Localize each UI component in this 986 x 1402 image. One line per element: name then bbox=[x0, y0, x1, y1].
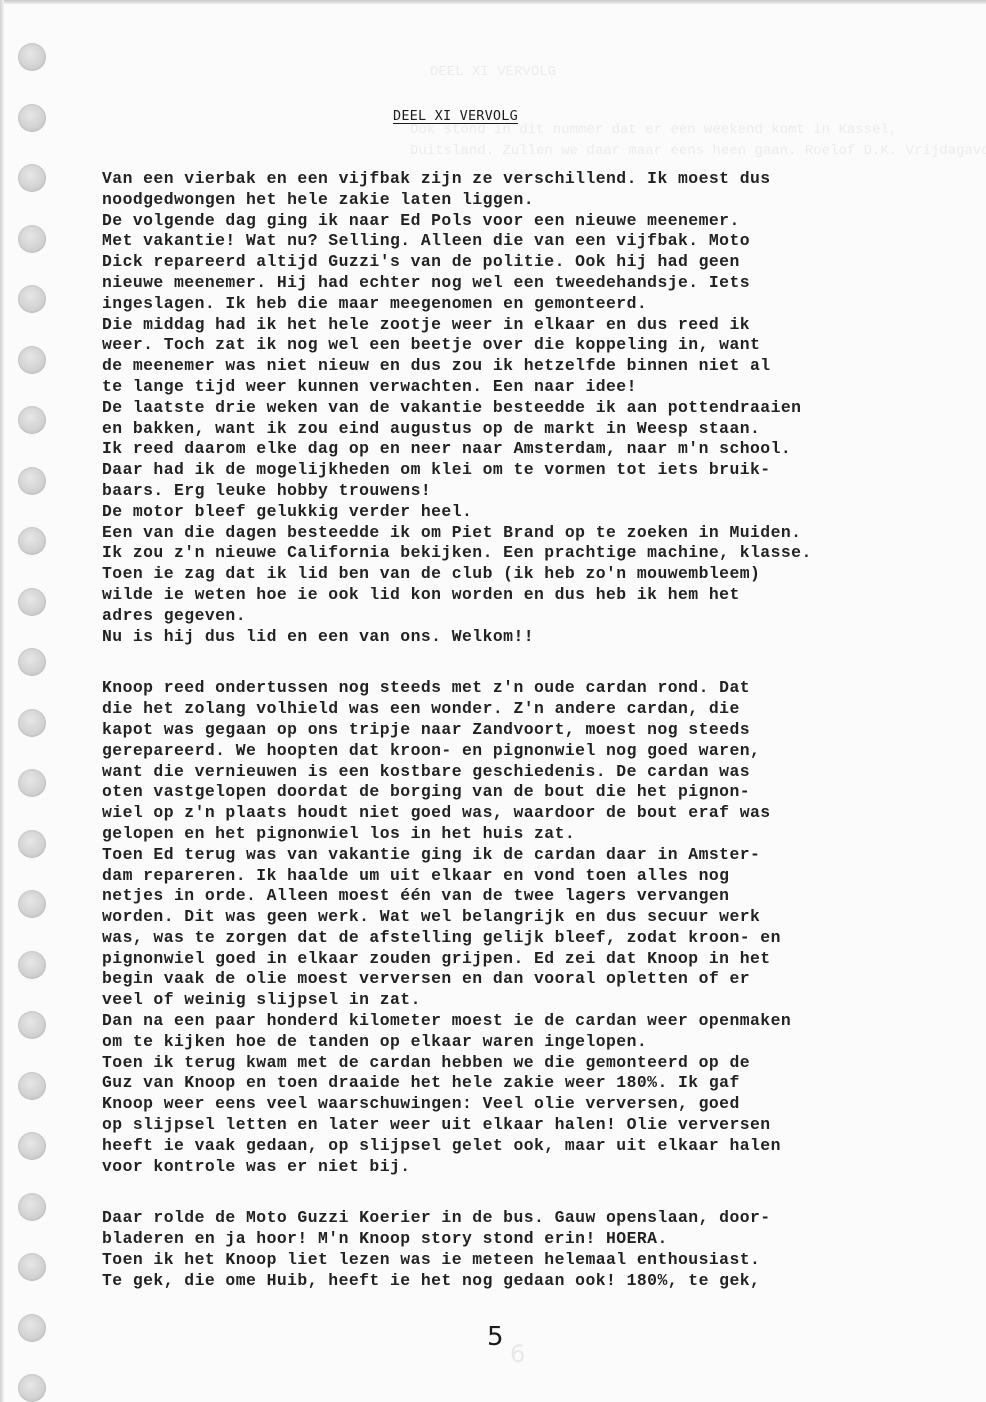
bleed-through-line: Ook stond in dit nummer dat er een weeke… bbox=[410, 122, 897, 138]
paragraph: Van een vierbak en een vijfbak zijn ze v… bbox=[102, 169, 982, 647]
text-line: wiel op z'n plaats houdt niet goed was, … bbox=[102, 803, 982, 824]
text-line: Een van die dagen besteedde ik om Piet B… bbox=[102, 523, 982, 544]
binder-hole bbox=[18, 104, 46, 132]
text-line: Te gek, die ome Huib, heeft ie het nog g… bbox=[102, 1271, 982, 1292]
text-line: weer. Toch zat ik nog wel een beetje ove… bbox=[102, 335, 982, 356]
text-line: te lange tijd weer kunnen verwachten. Ee… bbox=[102, 377, 982, 398]
text-line: oten vastgelopen doordat de borging van … bbox=[102, 782, 982, 803]
binder-hole bbox=[18, 648, 46, 676]
text-line: voor kontrole was er niet bij. bbox=[102, 1157, 982, 1178]
text-line: want die vernieuwen is een kostbare gesc… bbox=[102, 762, 982, 783]
binder-hole bbox=[18, 43, 46, 71]
text-line: worden. Dit was geen werk. Wat wel belan… bbox=[102, 907, 982, 928]
text-line: pignonwiel goed in elkaar zouden grijpen… bbox=[102, 949, 982, 970]
text-line: Toen Ed terug was van vakantie ging ik d… bbox=[102, 845, 982, 866]
page-title: DEEL XI VERVOLG bbox=[393, 108, 518, 124]
binder-hole bbox=[18, 1193, 46, 1221]
paragraph-gap bbox=[102, 1177, 982, 1208]
text-line: Ik zou z'n nieuwe California bekijken. E… bbox=[102, 543, 982, 564]
text-line: veel of weinig slijpsel in zat. bbox=[102, 990, 982, 1011]
text-line: De motor bleef gelukkig verder heel. bbox=[102, 502, 982, 523]
text-line: Toen ie zag dat ik lid ben van de club (… bbox=[102, 564, 982, 585]
text-line: Daar had ik de mogelijkheden om klei om … bbox=[102, 460, 982, 481]
text-line: op slijpsel letten en later weer uit elk… bbox=[102, 1115, 982, 1136]
text-line: noodgedwongen het hele zakie laten ligge… bbox=[102, 190, 982, 211]
binder-hole bbox=[18, 1132, 46, 1160]
text-line: De volgende dag ging ik naar Ed Pols voo… bbox=[102, 211, 982, 232]
binder-hole bbox=[18, 467, 46, 495]
binder-hole bbox=[18, 890, 46, 918]
text-line: was, was te zorgen dat de afstelling gel… bbox=[102, 928, 982, 949]
text-line: Guz van Knoop en toen draaide het hele z… bbox=[102, 1073, 982, 1094]
text-line: Dick repareerd altijd Guzzi's van de pol… bbox=[102, 252, 982, 273]
text-line: ingeslagen. Ik heb die maar meegenomen e… bbox=[102, 294, 982, 315]
scan-left-edge bbox=[0, 0, 4, 1402]
text-line: die het zolang volhield was een wonder. … bbox=[102, 699, 982, 720]
binder-hole bbox=[18, 588, 46, 616]
text-line: Daar rolde de Moto Guzzi Koerier in de b… bbox=[102, 1208, 982, 1229]
text-line: gelopen en het pignonwiel los in het hui… bbox=[102, 824, 982, 845]
document-body: Van een vierbak en een vijfbak zijn ze v… bbox=[102, 169, 982, 1292]
paragraph: Daar rolde de Moto Guzzi Koerier in de b… bbox=[102, 1208, 982, 1291]
binder-hole bbox=[18, 406, 46, 434]
binder-hole bbox=[18, 1072, 46, 1100]
text-line: Met vakantie! Wat nu? Selling. Alleen di… bbox=[102, 231, 982, 252]
binder-hole bbox=[18, 527, 46, 555]
text-line: adres gegeven. bbox=[102, 606, 982, 627]
text-line: Toen ik terug kwam met de cardan hebben … bbox=[102, 1053, 982, 1074]
scan-top-edge bbox=[0, 0, 986, 4]
binder-hole bbox=[18, 1011, 46, 1039]
text-line: baars. Erg leuke hobby trouwens! bbox=[102, 481, 982, 502]
paragraph: Knoop reed ondertussen nog steeds met z'… bbox=[102, 678, 982, 1177]
binder-hole bbox=[18, 285, 46, 313]
text-line: netjes in orde. Alleen moest één van de … bbox=[102, 886, 982, 907]
binder-hole bbox=[18, 164, 46, 192]
text-line: kapot was gegaan op ons tripje naar Zand… bbox=[102, 720, 982, 741]
text-line: Toen ik het Knoop liet lezen was ie mete… bbox=[102, 1250, 982, 1271]
binder-hole bbox=[18, 951, 46, 979]
binder-hole bbox=[18, 346, 46, 374]
text-line: Knoop weer eens veel waarschuwingen: Vee… bbox=[102, 1094, 982, 1115]
text-line: wilde ie weten hoe ie ook lid kon worden… bbox=[102, 585, 982, 606]
bleed-through-title: DEEL XI VERVOLG bbox=[430, 64, 556, 80]
binder-hole bbox=[18, 830, 46, 858]
binder-hole bbox=[18, 709, 46, 737]
text-line: Ik reed daarom elke dag op en neer naar … bbox=[102, 439, 982, 460]
binder-hole bbox=[18, 1374, 46, 1402]
text-line: gerepareerd. We hoopten dat kroon- en pi… bbox=[102, 741, 982, 762]
text-line: Knoop reed ondertussen nog steeds met z'… bbox=[102, 678, 982, 699]
text-line: begin vaak de olie moest verversen en da… bbox=[102, 969, 982, 990]
text-line: De laatste drie weken van de vakantie be… bbox=[102, 398, 982, 419]
binder-hole bbox=[18, 769, 46, 797]
binder-hole bbox=[18, 1253, 46, 1281]
text-line: heeft ie vaak gedaan, op slijpsel gelet … bbox=[102, 1136, 982, 1157]
text-line: de meenemer was niet nieuw en dus zou ik… bbox=[102, 356, 982, 377]
paragraph-gap bbox=[102, 647, 982, 678]
bleed-through-line: Duitsland. Zullen we daar maar eens heen… bbox=[410, 143, 986, 159]
binder-holes bbox=[18, 0, 48, 1402]
text-line: Nu is hij dus lid en een van ons. Welkom… bbox=[102, 627, 982, 648]
page-number: 5 bbox=[487, 1322, 504, 1352]
binder-hole bbox=[18, 1314, 46, 1342]
text-line: Van een vierbak en een vijfbak zijn ze v… bbox=[102, 169, 982, 190]
binder-hole bbox=[18, 225, 46, 253]
text-line: en bakken, want ik zou eind augustus op … bbox=[102, 419, 982, 440]
text-line: bladeren en ja hoor! M'n Knoop story sto… bbox=[102, 1229, 982, 1250]
bleed-through-page-number: 6 bbox=[510, 1340, 525, 1368]
text-line: Die middag had ik het hele zootje weer i… bbox=[102, 315, 982, 336]
text-line: dam repareren. Ik haalde um uit elkaar e… bbox=[102, 866, 982, 887]
text-line: Dan na een paar honderd kilometer moest … bbox=[102, 1011, 982, 1032]
text-line: nieuwe meenemer. Hij had echter nog wel … bbox=[102, 273, 982, 294]
text-line: om te kijken hoe de tanden op elkaar war… bbox=[102, 1032, 982, 1053]
